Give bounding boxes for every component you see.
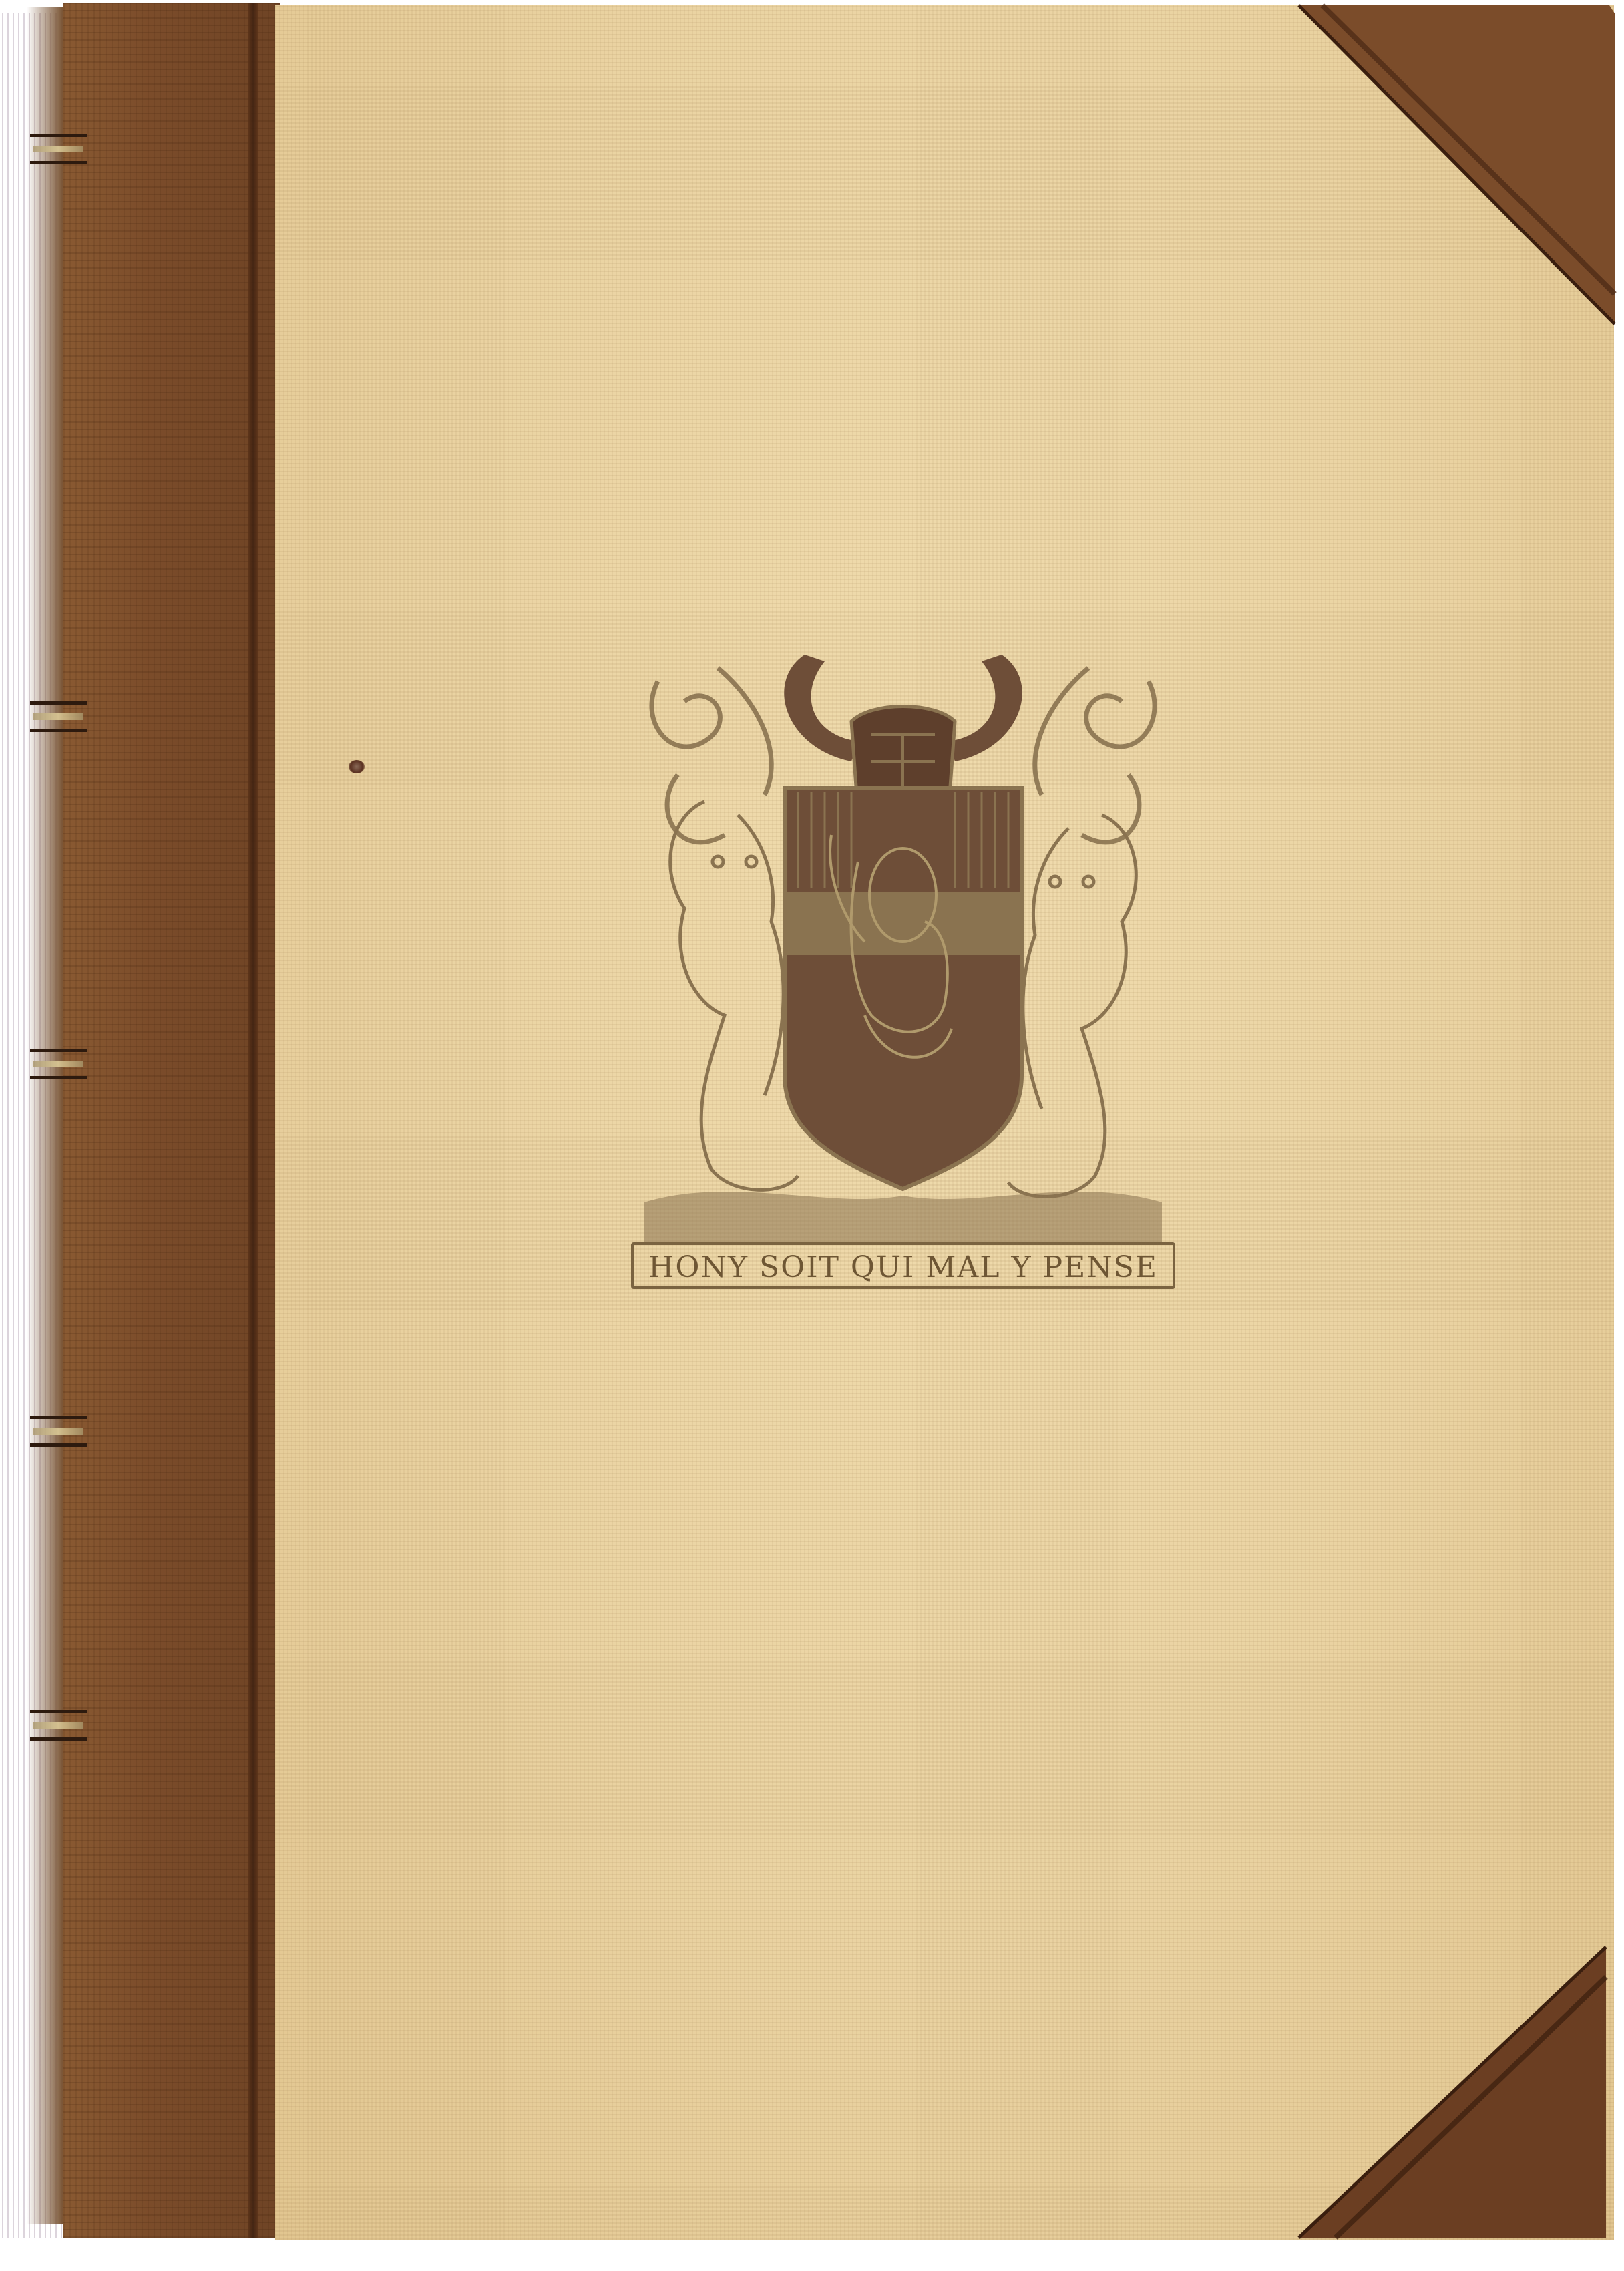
coat-of-arms-emblem bbox=[631, 641, 1175, 1299]
spine-band bbox=[30, 1710, 87, 1741]
motto-text: HONY SOIT QUI MAL Y PENSE bbox=[631, 1248, 1175, 1288]
spine-band bbox=[30, 701, 87, 732]
spine-band bbox=[30, 134, 87, 164]
leather-corner-bottom-right bbox=[1295, 1940, 1624, 2244]
stain-mark bbox=[349, 760, 365, 773]
spine-band bbox=[30, 1049, 87, 1079]
book-cover: HONY SOIT QUI MAL Y PENSE bbox=[0, 0, 1624, 2271]
spine-band bbox=[30, 1416, 87, 1447]
spine-seam bbox=[248, 3, 258, 2238]
leather-corner-top-right bbox=[1295, 0, 1624, 334]
